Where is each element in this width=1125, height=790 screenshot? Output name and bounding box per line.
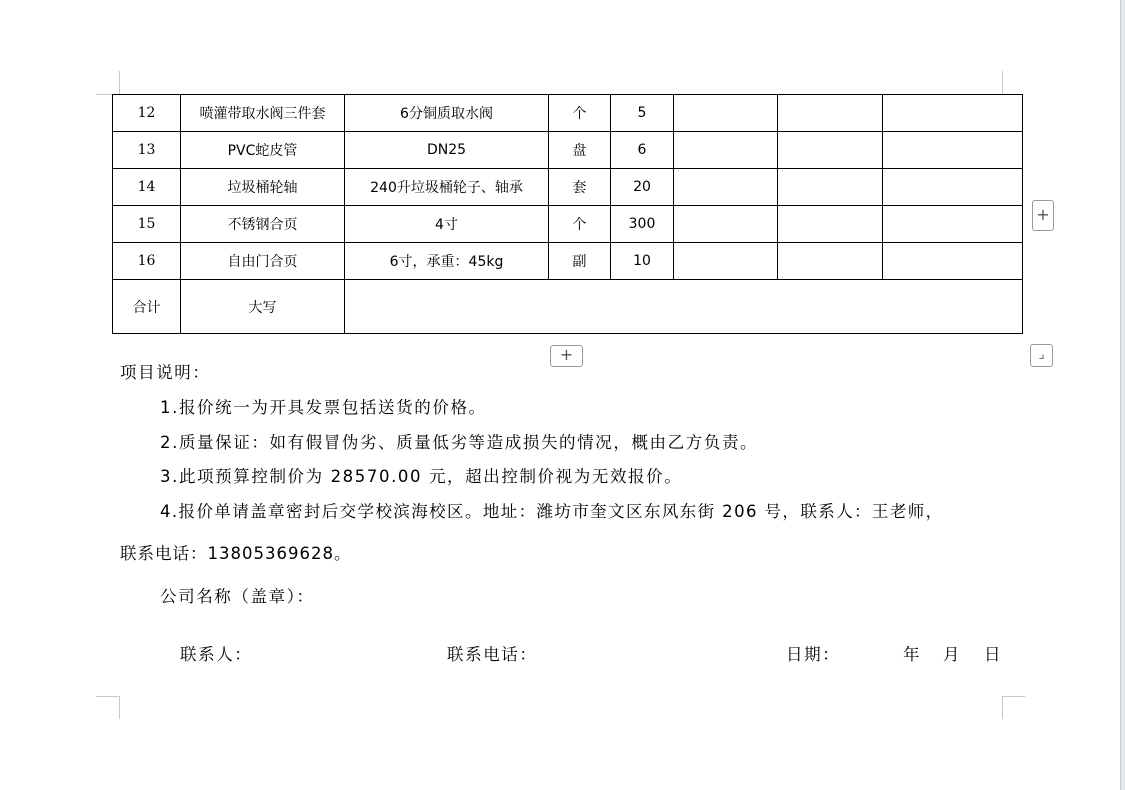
total-row: 合计 大写	[113, 280, 1023, 334]
table-resize-handle[interactable]: ⌟	[1030, 344, 1053, 367]
cell-seq[interactable]: 14	[113, 169, 181, 206]
cell-note[interactable]	[883, 206, 1023, 243]
cell-qty[interactable]: 300	[611, 206, 674, 243]
cell-amount[interactable]	[778, 206, 883, 243]
total-label[interactable]: 合计	[113, 280, 181, 334]
cell-amount[interactable]	[778, 243, 883, 280]
cell-spec[interactable]: 4寸	[345, 206, 549, 243]
add-row-button[interactable]: +	[550, 345, 583, 367]
cell-price[interactable]	[674, 132, 778, 169]
crop-mark-bottom-left-h	[96, 696, 119, 697]
note-item-4: 4.报价单请盖章密封后交学校滨海校区。地址：潍坊市奎文区东风东街 206 号，联…	[160, 498, 944, 522]
note-item-4-continuation: 联系电话：13805369628。	[120, 540, 351, 564]
table-row: 15 不锈钢合页 4寸 个 300	[113, 206, 1023, 243]
cell-note[interactable]	[883, 243, 1023, 280]
date-year-label: 年	[903, 641, 921, 665]
cell-unit[interactable]: 个	[549, 206, 611, 243]
crop-mark-top-right-v	[1002, 71, 1003, 94]
cell-spec[interactable]: 240升垃圾桶轮子、轴承	[345, 169, 549, 206]
document-page: 12 喷灌带取水阀三件套 6分铜质取水阀 个 5 13 PVC蛇皮管 DN25 …	[0, 0, 1122, 790]
cell-note[interactable]	[883, 95, 1023, 132]
contact-phone-label: 联系电话：	[447, 641, 538, 665]
cell-name[interactable]: 自由门合页	[181, 243, 345, 280]
cell-price[interactable]	[674, 243, 778, 280]
cell-name[interactable]: 垃圾桶轮轴	[181, 169, 345, 206]
cell-unit[interactable]: 个	[549, 95, 611, 132]
cell-name[interactable]: PVC蛇皮管	[181, 132, 345, 169]
table-row: 13 PVC蛇皮管 DN25 盘 6	[113, 132, 1023, 169]
add-column-button[interactable]: +	[1032, 200, 1054, 231]
cell-spec[interactable]: 6分铜质取水阀	[345, 95, 549, 132]
vertical-scrollbar[interactable]	[1120, 0, 1125, 790]
notes-heading: 项目说明：	[120, 359, 211, 383]
capital-amount-label[interactable]: 大写	[181, 280, 345, 334]
cell-price[interactable]	[674, 95, 778, 132]
table-row: 16 自由门合页 6寸，承重：45kg 副 10	[113, 243, 1023, 280]
cell-unit[interactable]: 副	[549, 243, 611, 280]
crop-mark-top-left-h	[96, 94, 112, 95]
cell-note[interactable]	[883, 132, 1023, 169]
total-value-cell[interactable]	[345, 280, 1023, 334]
table-row: 14 垃圾桶轮轴 240升垃圾桶轮子、轴承 套 20	[113, 169, 1023, 206]
table-row: 12 喷灌带取水阀三件套 6分铜质取水阀 个 5	[113, 95, 1023, 132]
plus-icon: +	[1036, 205, 1049, 224]
cell-note[interactable]	[883, 169, 1023, 206]
cell-spec[interactable]: DN25	[345, 132, 549, 169]
cell-amount[interactable]	[778, 169, 883, 206]
crop-mark-bottom-left-v	[119, 696, 120, 719]
cell-qty[interactable]: 10	[611, 243, 674, 280]
cell-name[interactable]: 喷灌带取水阀三件套	[181, 95, 345, 132]
cell-amount[interactable]	[778, 95, 883, 132]
cell-seq[interactable]: 13	[113, 132, 181, 169]
cell-qty[interactable]: 20	[611, 169, 674, 206]
note-item-2: 2.质量保证：如有假冒伪劣、质量低劣等造成损失的情况，概由乙方负责。	[160, 429, 758, 453]
cell-amount[interactable]	[778, 132, 883, 169]
cell-seq[interactable]: 16	[113, 243, 181, 280]
crop-mark-bottom-right-h	[1002, 696, 1025, 697]
cell-qty[interactable]: 5	[611, 95, 674, 132]
date-label: 日期：	[786, 641, 840, 665]
note-item-1: 1.报价统一为开具发票包括送货的价格。	[160, 394, 487, 418]
crop-mark-top-left-v	[119, 71, 120, 94]
cell-seq[interactable]: 15	[113, 206, 181, 243]
cell-seq[interactable]: 12	[113, 95, 181, 132]
resize-icon: ⌟	[1038, 347, 1044, 362]
note-item-3: 3.此项预算控制价为 28570.00 元，超出控制价视为无效报价。	[160, 463, 682, 487]
cell-unit[interactable]: 套	[549, 169, 611, 206]
cell-qty[interactable]: 6	[611, 132, 674, 169]
cell-spec[interactable]: 6寸，承重：45kg	[345, 243, 549, 280]
contact-person-label: 联系人：	[180, 641, 252, 665]
company-name-label: 公司名称（盖章）：	[160, 583, 315, 607]
date-month-label: 月	[943, 641, 961, 665]
quotation-table: 12 喷灌带取水阀三件套 6分铜质取水阀 个 5 13 PVC蛇皮管 DN25 …	[112, 94, 1023, 334]
plus-icon: +	[560, 345, 573, 364]
cell-price[interactable]	[674, 206, 778, 243]
crop-mark-bottom-right-v	[1002, 696, 1003, 719]
date-day-label: 日	[984, 641, 1002, 665]
cell-name[interactable]: 不锈钢合页	[181, 206, 345, 243]
cell-unit[interactable]: 盘	[549, 132, 611, 169]
cell-price[interactable]	[674, 169, 778, 206]
